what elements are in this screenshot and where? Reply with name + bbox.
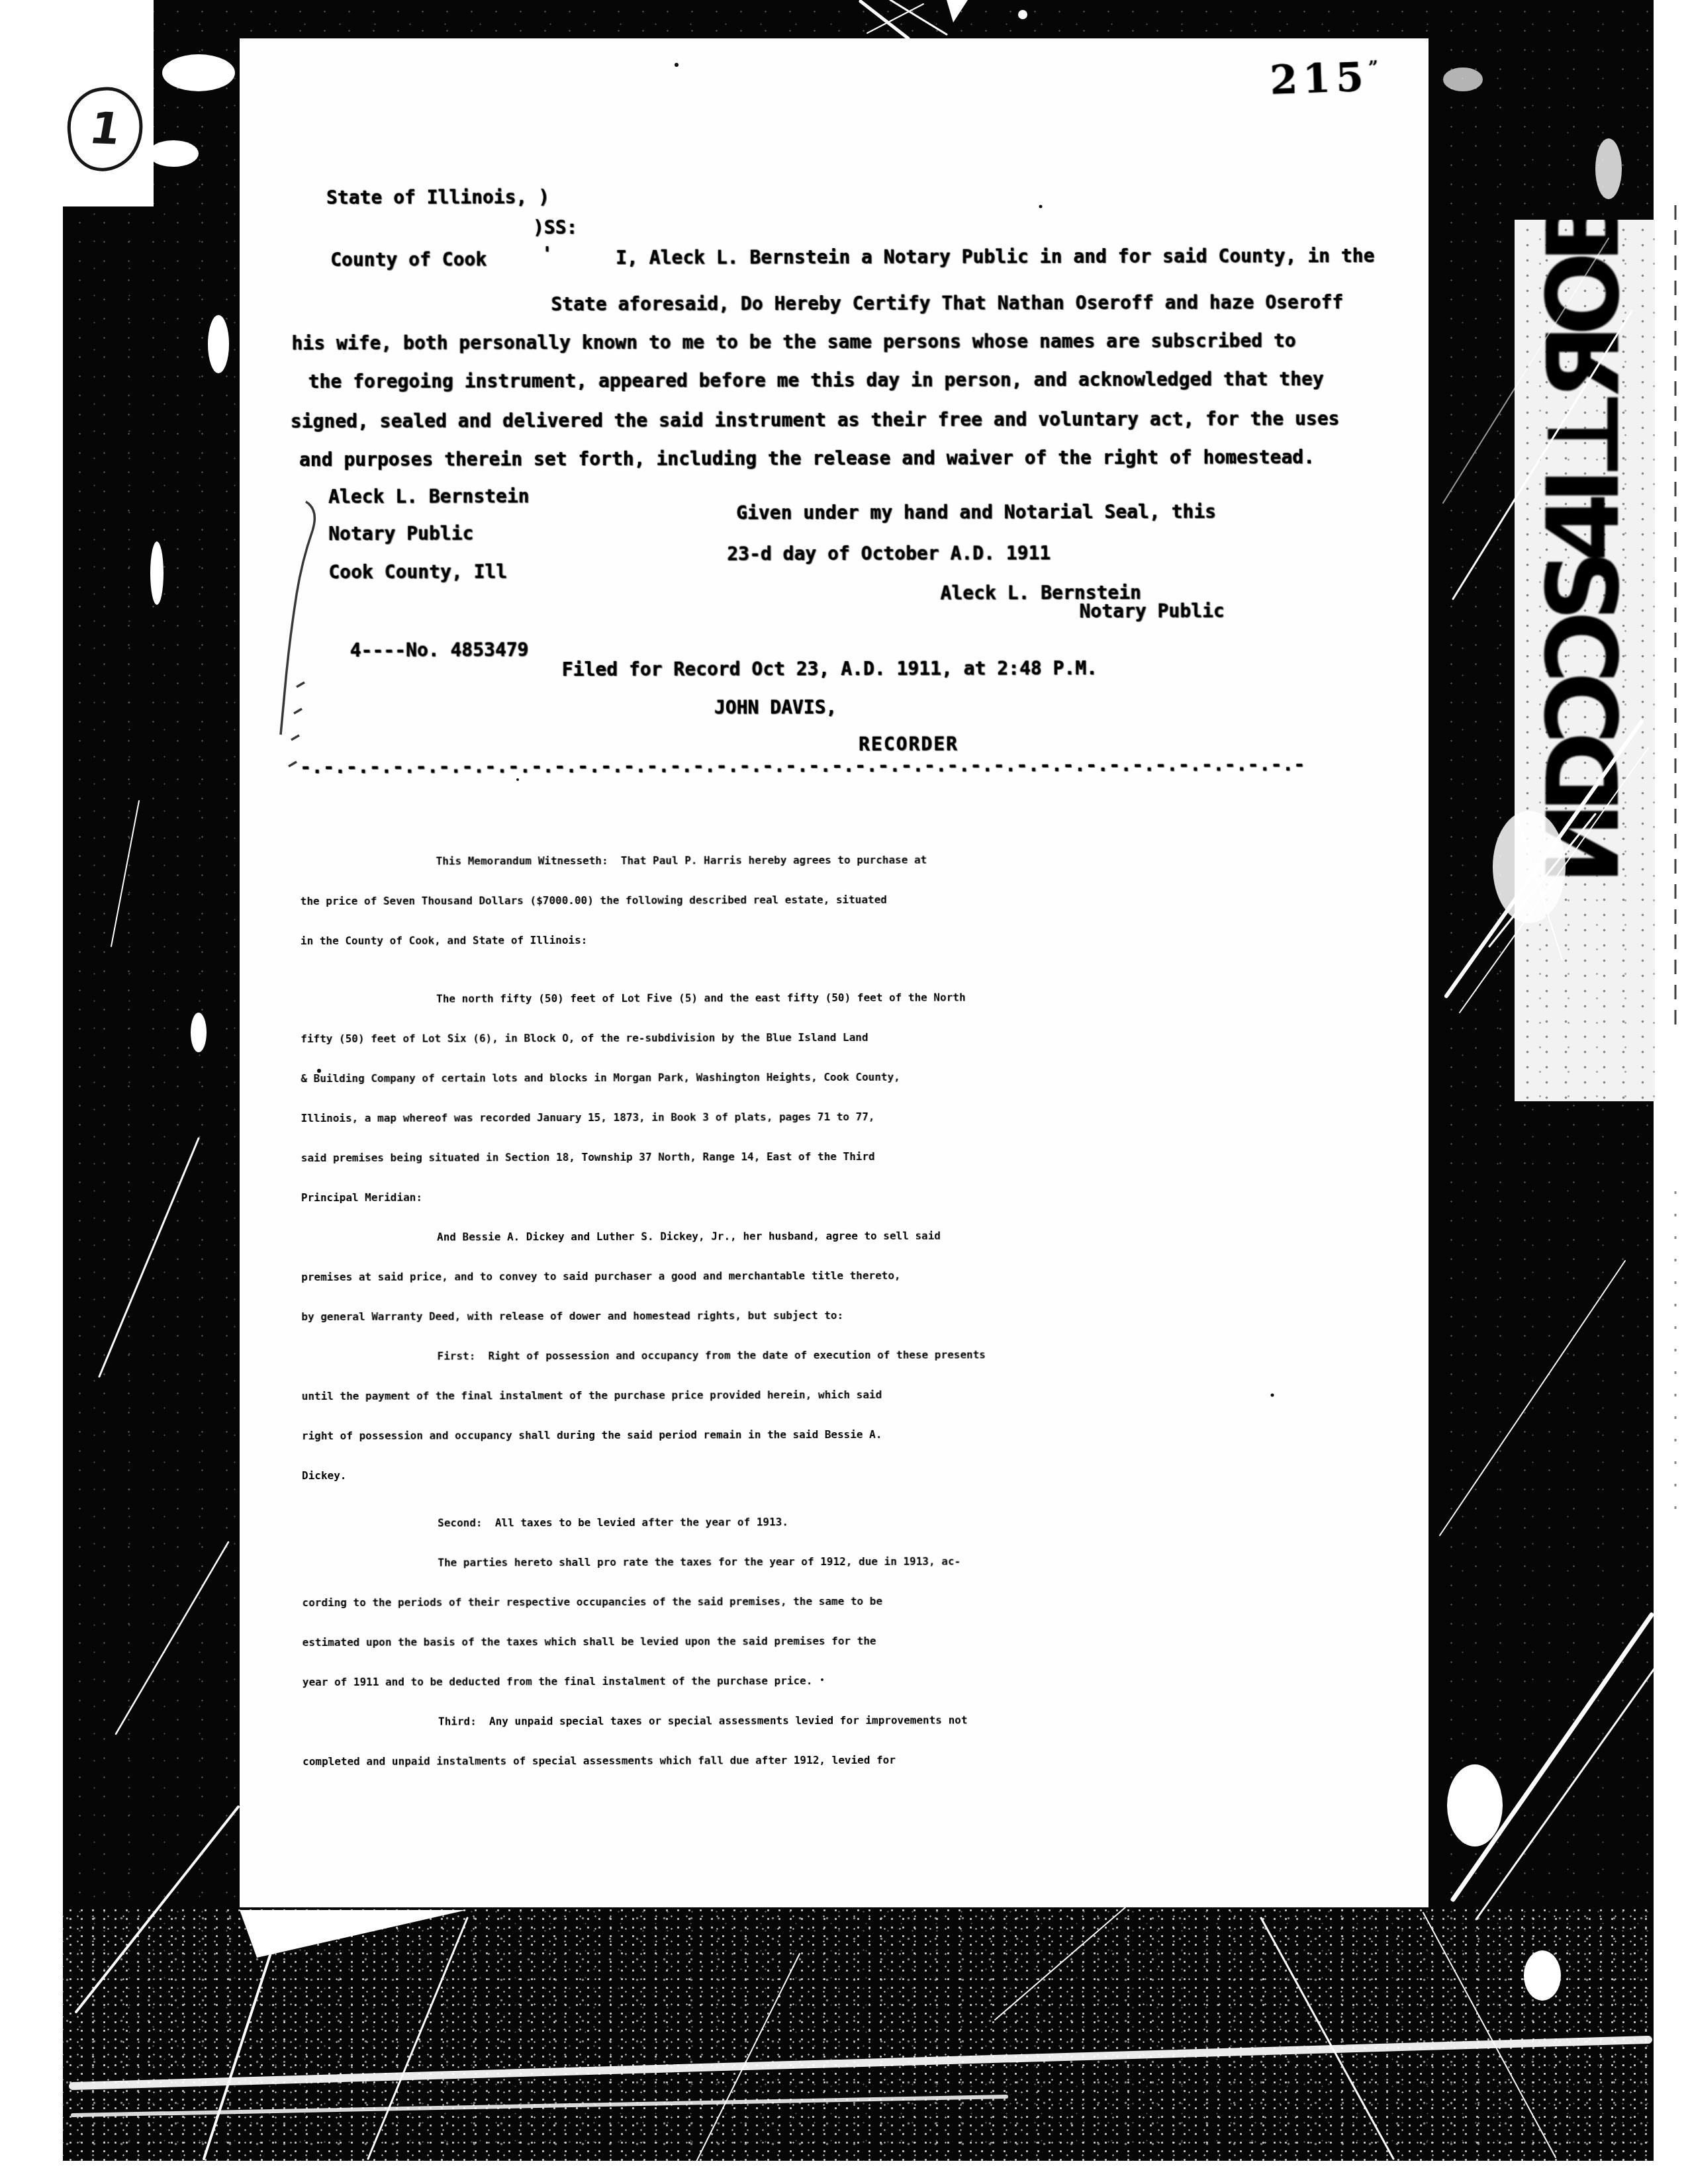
film-edge-stamp-text: ИDƆƆS4I⊥ЯOB: [1526, 220, 1642, 885]
notary-cert-line3: his wife, both personally known to me to…: [291, 330, 1295, 355]
film-edge-stamp: ИDƆƆS4I⊥ЯOB: [1515, 220, 1655, 1101]
memo-line: The north fifty (50) feet of Lot Five (5…: [301, 990, 1406, 1032]
notary-given-line1: Given under my hand and Notarial Seal, t…: [736, 500, 1216, 524]
memo-line: & Building Company of certain lots and b…: [301, 1069, 1406, 1112]
notary-signature-name: Aleck L. Bernstein: [328, 485, 530, 508]
notary-cert-line4: the foregoing instrument, appeared befor…: [308, 368, 1324, 393]
notary-signature-county: Cook County, Ill: [328, 561, 507, 584]
memo-line: cording to the periods of their respecti…: [302, 1594, 1407, 1636]
recorder-name: JOHN DAVIS,: [714, 696, 837, 719]
memo-line: right of possession and occupancy shall …: [302, 1427, 1407, 1469]
memorandum-block: This Memorandum Witnesseth: That Paul P.…: [301, 852, 1409, 1795]
document-page: 215” State of Illinois, ) )SS: County of…: [240, 38, 1429, 1907]
notary-signature-title: Notary Public: [328, 522, 473, 545]
notary-county-mark: ': [541, 243, 553, 265]
memo-line: estimated upon the basis of the taxes wh…: [303, 1633, 1408, 1676]
memo-line: completed and unpaid instalments of spec…: [303, 1752, 1408, 1795]
notary-county-line: County of Cook: [330, 248, 487, 271]
memo-line: Principal Meridian:: [301, 1189, 1407, 1231]
memo-line: fifty (50) feet of Lot Six (6), in Block…: [301, 1030, 1406, 1072]
memo-line: Illinois, a map whereof was recorded Jan…: [301, 1109, 1407, 1152]
notary-cert-line2: State aforesaid, Do Hereby Certify That …: [551, 291, 1343, 316]
section-divider: -.-.-.-.-.-.-.-.-.-.-.-.-.-.-.-.-.-.-.-.…: [300, 753, 1305, 778]
circled-page-marker-number: 1: [86, 107, 124, 151]
memo-line: by general Warranty Deed, with release o…: [301, 1308, 1407, 1350]
memo-line: Third: Any unpaid special taxes or speci…: [303, 1713, 1408, 1755]
memo-line: This Memorandum Witnesseth: That Paul P.…: [301, 852, 1406, 895]
memo-line: the price of Seven Thousand Dollars ($70…: [301, 892, 1406, 934]
memo-line: in the County of Cook, and State of Illi…: [301, 932, 1406, 974]
recorder-title: RECORDER: [859, 733, 959, 756]
page-number: 215”: [1269, 54, 1380, 104]
memo-line: until the payment of the final instalmen…: [302, 1387, 1407, 1430]
document-number: 4----No. 4853479: [350, 639, 529, 662]
filed-line: Filed for Record Oct 23, A.D. 1911, at 2…: [562, 657, 1098, 681]
memo-line: year of 1911 and to be deducted from the…: [303, 1673, 1408, 1715]
notary-state-line: State of Illinois, ): [326, 186, 549, 209]
memo-line: said premises being situated in Section …: [301, 1149, 1407, 1191]
scanned-page-canvas: 1 ИDƆƆS4I⊥ЯOB 215” State of Illinois, ) …: [0, 0, 1688, 2184]
memo-line: First: Right of possession and occupancy…: [301, 1347, 1407, 1390]
memo-line: And Bessie A. Dickey and Luther S. Dicke…: [301, 1228, 1407, 1271]
notary-given-line2: 23-d day of October A.D. 1911: [727, 542, 1051, 565]
memo-line: Second: All taxes to be levied after the…: [302, 1514, 1407, 1557]
notary-cert-line5: signed, sealed and delivered the said in…: [291, 408, 1340, 433]
page-number-mark: ”: [1368, 58, 1379, 78]
notary-cert-line6: and purposes therein set forth, includin…: [299, 446, 1315, 471]
notary-right-title: Notary Public: [1080, 600, 1225, 623]
notary-cert-line1: I, Aleck L. Bernstein a Notary Public in…: [616, 245, 1374, 269]
film-grain-band: [63, 1905, 1654, 2161]
notary-ss-line: )SS:: [533, 216, 578, 239]
memo-line: Dickey.: [302, 1467, 1407, 1509]
memo-line: premises at said price, and to convey to…: [301, 1268, 1407, 1310]
typewritten-text-layer: 215” State of Illinois, ) )SS: County of…: [237, 37, 1430, 1909]
memo-line: The parties hereto shall pro rate the ta…: [302, 1554, 1407, 1596]
